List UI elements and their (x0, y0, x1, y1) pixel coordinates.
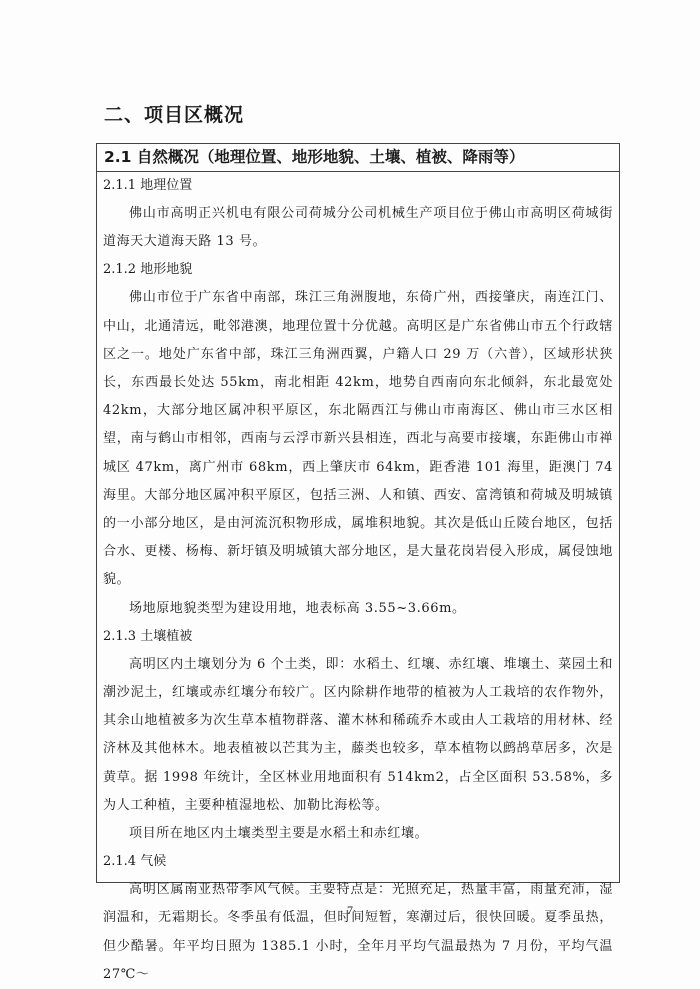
paragraph-soil-site: 项目所在地区内土壤类型主要是水稻土和赤红壤。 (103, 820, 613, 848)
section-title: 二、项目区概况 (104, 100, 244, 127)
box-content: 2.1.1 地理位置 佛山市高明正兴机电有限公司荷城分公司机械生产项目位于佛山市… (103, 172, 613, 989)
paragraph-terrain-site: 场地原地貌类型为建设用地，地表标高 3.55~3.66m。 (103, 595, 613, 623)
subsection-heading-climate: 2.1.4 气候 (103, 848, 613, 876)
subsection-heading-terrain: 2.1.2 地形地貌 (103, 256, 613, 284)
paragraph-location: 佛山市高明正兴机电有限公司荷城分公司机械生产项目位于佛山市高明区荷城街道海天大道… (103, 200, 613, 256)
natural-overview-box: 2.1 自然概况（地理位置、地形地貌、土壤、植被、降雨等） 2.1.1 地理位置… (96, 143, 620, 883)
subsection-heading-soil: 2.1.3 土壤植被 (103, 623, 613, 651)
paragraph-soil: 高明区内土壤划分为 6 个土类，即：水稻土、红壤、赤红壤、堆壤土、菜园土和潮沙泥… (103, 651, 613, 820)
paragraph-terrain: 佛山市位于广东省中南部，珠江三角洲腹地，东倚广州，西接肇庆，南连江门、中山，北通… (103, 284, 613, 594)
box-header: 2.1 自然概况（地理位置、地形地貌、土壤、植被、降雨等） (97, 144, 619, 172)
paragraph-climate: 高明区属南亚热带季风气候。主要特点是：光照充足，热量丰富，雨量充沛，湿润温和，无… (103, 876, 613, 989)
subsection-heading-location: 2.1.1 地理位置 (103, 172, 613, 200)
page-number: 7 (347, 903, 353, 918)
